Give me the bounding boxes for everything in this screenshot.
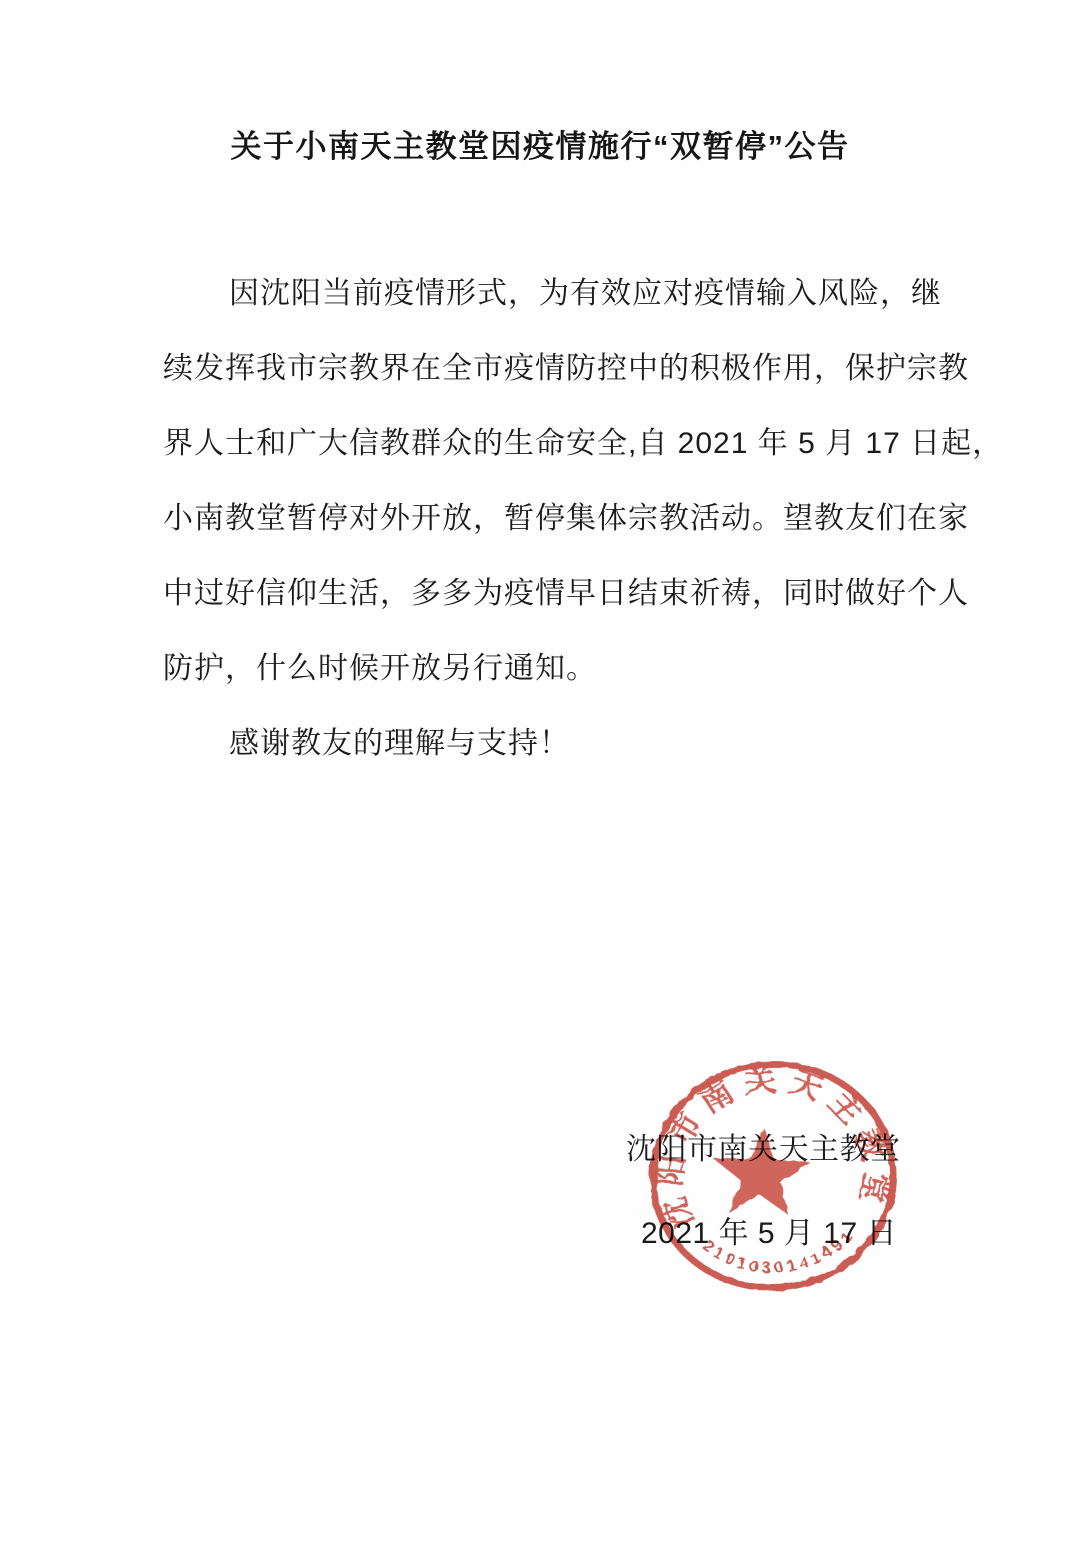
- body-line: 因沈阳当前疫情形式，为有效应对疫情输入风险，继: [163, 256, 923, 331]
- body-line: 续发挥我市宗教界在全市疫情防控中的积极作用，保护宗教: [163, 331, 923, 406]
- document-page: 关于小南天主教堂因疫情施行“双暂停”公告 因沈阳当前疫情形式，为有效应对疫情输入…: [0, 0, 1080, 1560]
- body-line: 小南教堂暂停对外开放，暂停集体宗教活动。望教友们在家: [163, 481, 923, 556]
- body-line: 界人士和广大信教群众的生命安全,自 2021 年 5 月 17 日起，: [163, 406, 923, 481]
- thanks-line: 感谢教友的理解与支持！: [163, 706, 923, 781]
- official-seal: 沈阳市南关天主教堂 2101030141491: [634, 1045, 912, 1307]
- seal-arc-text-container: 沈阳市南关天主教堂: [641, 1053, 900, 1234]
- seal-arc-text: 沈阳市南关天主教堂: [641, 1053, 900, 1234]
- document-body: 因沈阳当前疫情形式，为有效应对疫情输入风险，继 续发挥我市宗教界在全市疫情防控中…: [163, 256, 923, 781]
- body-line: 中过好信仰生活，多多为疫情早日结束祈祷，同时做好个人: [163, 556, 923, 631]
- document-title: 关于小南天主教堂因疫情施行“双暂停”公告: [0, 126, 1080, 168]
- body-line: 防护，什么时候开放另行通知。: [163, 631, 923, 706]
- seal-star: [711, 1123, 816, 1221]
